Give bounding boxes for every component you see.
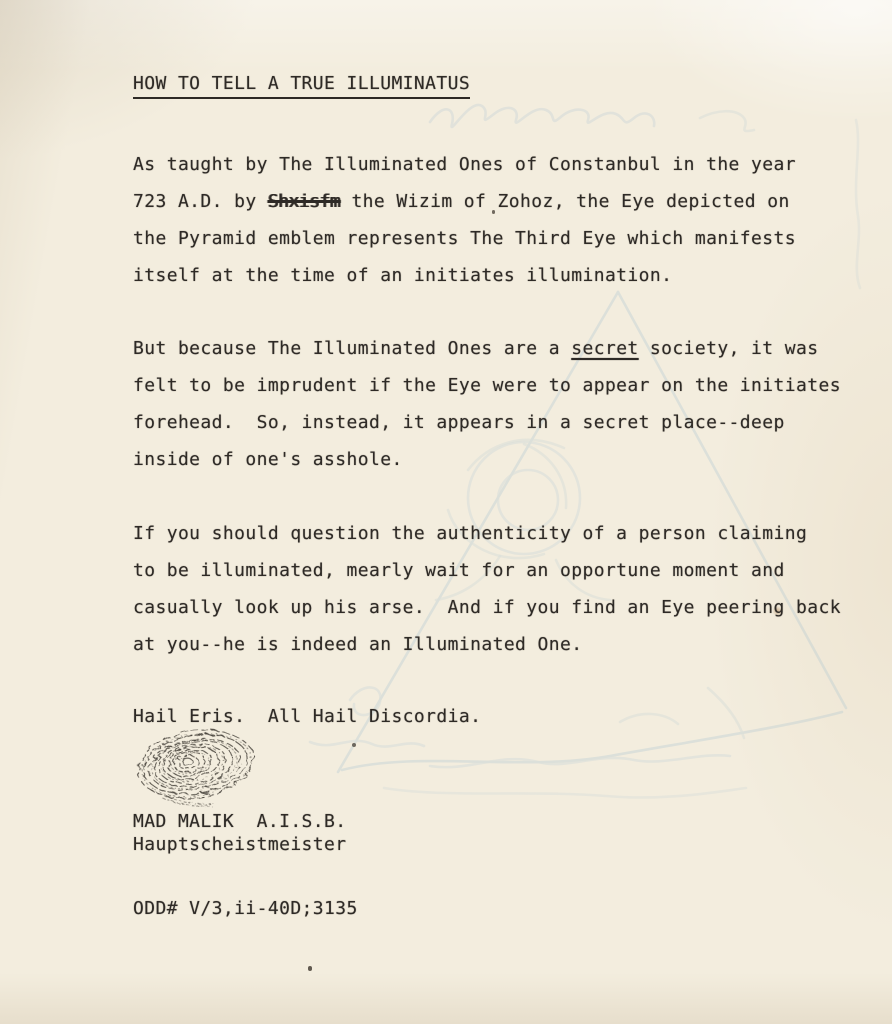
text-line: inside of one's asshole. [133,441,841,478]
underlined-word: secret [571,338,638,359]
signature-block: MAD MALIK A.I.S.B. Hauptscheistmeister [133,810,347,856]
fingerprint-smudge-icon [128,722,278,817]
text-segment: society, it was [639,338,819,359]
text-line: If you should question the authenticity … [133,515,841,552]
document-code: ODD# V/3,ii-40D;3135 [133,898,358,919]
text-line: at you--he is indeed an Illuminated One. [133,626,841,663]
text-line: to be illuminated, mearly wait for an op… [133,552,841,589]
text-line: the Pyramid emblem represents The Third … [133,220,796,257]
paragraph-3: If you should question the authenticity … [133,515,841,663]
document-title: HOW TO TELL A TRUE ILLUMINATUS [133,73,470,99]
signature-role: Hauptscheistmeister [133,833,347,856]
text-segment: the Wizim of Zohoz, the Eye depicted on [340,191,789,212]
signature-name: MAD MALIK A.I.S.B. [133,810,347,833]
text-line: But because The Illuminated Ones are a s… [133,330,841,367]
text-line: 723 A.D. by Shxisfm the Wizim of Zohoz, … [133,183,796,220]
struck-word: Shxisfm [268,191,340,212]
text-line: forehead. So, instead, it appears in a s… [133,404,841,441]
document-page: HOW TO TELL A TRUE ILLUMINATUS As taught… [0,0,892,1024]
paper-stain [352,743,356,747]
text-segment: But because The Illuminated Ones are a [133,338,571,359]
text-line: felt to be imprudent if the Eye were to … [133,367,841,404]
text-line: As taught by The Illuminated Ones of Con… [133,146,796,183]
text-line: casually look up his arse. And if you fi… [133,589,841,626]
text-line: itself at the time of an initiates illum… [133,257,796,294]
paragraph-2: But because The Illuminated Ones are a s… [133,330,841,478]
paragraph-1: As taught by The Illuminated Ones of Con… [133,146,796,294]
text-segment: 723 A.D. by [133,191,268,212]
paper-stain [308,966,312,971]
salutation-line: Hail Eris. All Hail Discordia. [133,698,481,735]
